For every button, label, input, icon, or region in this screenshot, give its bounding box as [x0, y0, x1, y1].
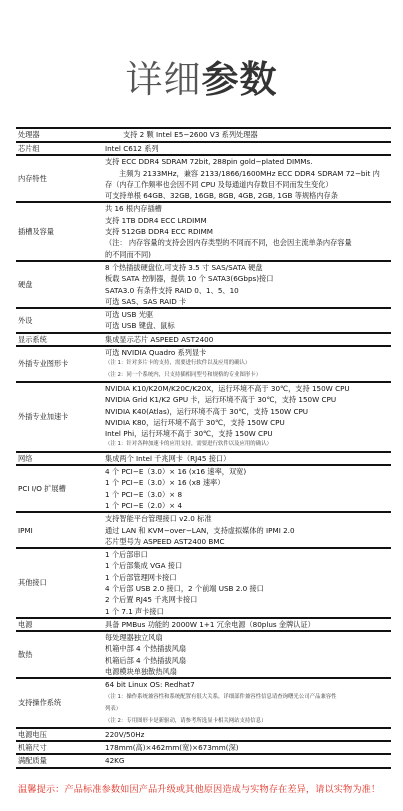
spec-label: 显示系统	[16, 333, 105, 346]
spec-value: 42KG	[105, 754, 391, 767]
spec-line: 1 个 PCI−E（3.0）× 8	[105, 489, 391, 500]
spec-row-graphics: 外插专业图形卡 可选 NVIDIA Quadro 系列显卡 （注 1：针对多片卡…	[16, 346, 391, 382]
spec-line: 支持 2 颗 Intel E5−2600 V3 系列处理器	[105, 129, 391, 140]
spec-note: 列表）	[105, 703, 391, 715]
spec-label: IPMI	[16, 512, 105, 548]
spec-row-accelerator: 外插专业加速卡 NVIDIA K10/K20M/K20C/K20X，运行环境不高…	[16, 382, 391, 452]
spec-label: 散热	[16, 631, 105, 678]
spec-row-memory: 内存特性 支持 ECC DDR4 SDRAM 72bit, 288pin gol…	[16, 155, 391, 202]
spec-line: 1 个 PCI−E（2.0）× 4	[105, 500, 391, 511]
spec-label: 支持操作系统	[16, 678, 105, 727]
spec-label: 电源	[16, 618, 105, 631]
spec-line: Intel Phi，运行环境不高于 30℃，支持 150W CPU	[105, 428, 391, 439]
spec-label: 满配质量	[16, 754, 105, 767]
spec-line: 机箱中部 4 个热插拔风扇	[105, 643, 391, 654]
spec-line: 178mm(高)×462mm(宽)×673mm(深)	[105, 742, 391, 753]
spec-row-voltage: 电源电压 220V/50Hz	[16, 728, 391, 741]
spec-label: 处理器	[16, 128, 105, 142]
spec-line: NVIDIA K10/K20M/K20C/K20X，运行环境不高于 30℃，支持…	[105, 383, 391, 394]
spec-row-peripherals: 外设 可选 USB 光驱 可选 USB 键盘、鼠标	[16, 308, 391, 333]
spec-table: 处理器 支持 2 颗 Intel E5−2600 V3 系列处理器 芯片组 In…	[16, 127, 391, 769]
spec-label: 电源电压	[16, 728, 105, 741]
spec-row-power: 电源 具备 PMBus 功能的 2000W 1+1 冗余电源（80plus 金牌…	[16, 618, 391, 631]
spec-line: 4 个后部 USB 2.0 接口，2 个前端 USB 2.0 接口	[105, 583, 391, 594]
spec-line: 可支持单根 64GB、32GB, 16GB, 8GB, 4GB, 2GB, 1G…	[105, 190, 391, 201]
title-bold: 参数	[202, 58, 278, 101]
spec-line: 主频为 2133MHz，兼容 2133/1866/1600MHz ECC DDR…	[105, 168, 391, 179]
spec-value: 每处理器独立风扇 机箱中部 4 个热插拔风扇 机箱后部 4 个热插拔风扇 电源模…	[105, 631, 391, 678]
spec-label: 其他接口	[16, 548, 105, 618]
spec-line: Intel C612 系列	[105, 143, 391, 154]
spec-value: 具备 PMBus 功能的 2000W 1+1 冗余电源（80plus 金牌认证）	[105, 618, 391, 631]
spec-line: 64 bit Linux OS: Redhat7	[105, 679, 391, 690]
spec-label: 插槽及容量	[16, 202, 105, 260]
spec-row-chipset: 芯片组 Intel C612 系列	[16, 142, 391, 155]
spec-row-network: 网络 集成两个 Intel 千兆网卡（RJ45 接口）	[16, 452, 391, 465]
title-light: 详细	[126, 58, 202, 101]
spec-value: 支持智能平台管理接口 v2.0 标准 通过 LAN 和 KVM−over−LAN…	[105, 512, 391, 548]
spec-line: 芯片型号为 ASPEED AST2400 BMC	[105, 536, 391, 547]
spec-line: 2 个后置 RJ45 千兆网卡接口	[105, 594, 391, 605]
spec-label: 硬盘	[16, 261, 105, 308]
spec-line: 支持 512GB DDR4 ECC RDIMM	[105, 226, 391, 237]
spec-value: 8 个热插拔硬盘位,可支持 3.5 寸 SAS/SATA 硬盘 板载 SATA …	[105, 261, 391, 308]
spec-line: 42KG	[105, 755, 391, 766]
spec-row-display: 显示系统 集成显示芯片 ASPEED AST2400	[16, 333, 391, 346]
spec-line: 4 个 PCI−E（3.0）× 16 (x16 速率，双宽)	[105, 466, 391, 477]
spec-row-chassis: 机箱尺寸 178mm(高)×462mm(宽)×673mm(深)	[16, 741, 391, 754]
spec-row-disk: 硬盘 8 个热插拔硬盘位,可支持 3.5 寸 SAS/SATA 硬盘 板载 SA…	[16, 261, 391, 308]
spec-value: 支持 ECC DDR4 SDRAM 72bit, 288pin gold−pla…	[105, 155, 391, 202]
spec-note: （注 2：同一个系统内，只支持插相同型号和规格的专业图形卡）	[105, 370, 391, 381]
notice-text: 温馨提示：产品标准参数如因产品升级或其他原因造成与实物存在差异，请以实物为准！	[18, 781, 380, 795]
spec-line: 8 个热插拔硬盘位,可支持 3.5 寸 SAS/SATA 硬盘	[105, 262, 391, 273]
spec-value: 可选 USB 光驱 可选 USB 键盘、鼠标	[105, 308, 391, 333]
spec-line: （注： 内存容量的支持会因内存类型的不同而不同，也会因主流单条内存容量	[105, 237, 391, 248]
spec-line: 存（内存工作频率也会因不同 CPU 及每通道内存数目不同而发生变化）	[105, 179, 391, 190]
spec-value: Intel C612 系列	[105, 142, 391, 155]
spec-line: 可选 USB 光驱	[105, 309, 391, 320]
spec-note: （注 2：专用图形卡是新驱动，请参考所选显卡相关网站支持信息）	[105, 715, 391, 727]
spec-line: 1 个 7.1 声卡接口	[105, 606, 391, 617]
spec-line: 1 个后部串口	[105, 549, 391, 560]
spec-value: 1 个后部串口 1 个后部集成 VGA 接口 1 个后部管理网卡接口 4 个后部…	[105, 548, 391, 618]
spec-line: 电源模块单独散热风扇	[105, 666, 391, 677]
spec-value: 集成两个 Intel 千兆网卡（RJ45 接口）	[105, 452, 391, 465]
spec-line: 通过 LAN 和 KVM−over−LAN，支持虚拟媒体的 IPMI 2.0	[105, 525, 391, 536]
spec-label: 机箱尺寸	[16, 741, 105, 754]
spec-line: 集成两个 Intel 千兆网卡（RJ45 接口）	[105, 453, 391, 464]
spec-line: 板载 SATA 控制器，提供 10 个 SATA3(6Gbps)接口	[105, 273, 391, 284]
spec-label: 内存特性	[16, 155, 105, 202]
spec-row-weight: 满配质量 42KG	[16, 754, 391, 767]
spec-value: 共 16 根内存插槽 支持 1TB DDR4 ECC LRDIMM 支持 512…	[105, 202, 391, 260]
spec-line: 具备 PMBus 功能的 2000W 1+1 冗余电源（80plus 金牌认证）	[105, 619, 391, 630]
spec-value: 178mm(高)×462mm(宽)×673mm(深)	[105, 741, 391, 754]
spec-line: 1 个后部管理网卡接口	[105, 572, 391, 583]
spec-note: （注 1：针对多片卡的支持，需要进行软件以及应用的确认）	[105, 358, 391, 369]
spec-note: （注 1：针对各种加速卡的应用支持，需要进行软件以及应用的确认）	[105, 439, 391, 450]
spec-label: PCI I/O 扩展槽	[16, 465, 105, 512]
spec-row-cooling: 散热 每处理器独立风扇 机箱中部 4 个热插拔风扇 机箱后部 4 个热插拔风扇 …	[16, 631, 391, 678]
spec-row-processor: 处理器 支持 2 颗 Intel E5−2600 V3 系列处理器	[16, 128, 391, 142]
spec-line: 可选 USB 键盘、鼠标	[105, 320, 391, 331]
spec-line: 1 个 PCI−E（3.0）× 16 (x8 速率）	[105, 477, 391, 488]
spec-value: 集成显示芯片 ASPEED AST2400	[105, 333, 391, 346]
spec-line: 支持 ECC DDR4 SDRAM 72bit, 288pin gold−pla…	[105, 156, 391, 167]
spec-line: NVIDIA K40(Atlas)，运行环境不高于 30℃，支持 150W CP…	[105, 406, 391, 417]
spec-value: 支持 2 颗 Intel E5−2600 V3 系列处理器	[105, 128, 391, 142]
spec-line: 共 16 根内存插槽	[105, 203, 391, 214]
spec-line: 可选 SAS、SAS RAID 卡	[105, 296, 391, 307]
spec-value: NVIDIA K10/K20M/K20C/K20X，运行环境不高于 30℃，支持…	[105, 382, 391, 452]
spec-value: 可选 NVIDIA Quadro 系列显卡 （注 1：针对多片卡的支持，需要进行…	[105, 346, 391, 382]
spec-line: 每处理器独立风扇	[105, 632, 391, 643]
spec-label: 芯片组	[16, 142, 105, 155]
spec-label: 网络	[16, 452, 105, 465]
spec-line: 220V/50Hz	[105, 729, 391, 740]
spec-line: NVIDIA Grid K1/K2 GPU 卡，运行环境不高于 30℃，支持 1…	[105, 394, 391, 405]
spec-line: 的不同而不同)	[105, 249, 391, 260]
spec-row-pci: PCI I/O 扩展槽 4 个 PCI−E（3.0）× 16 (x16 速率，双…	[16, 465, 391, 512]
spec-row-ports: 其他接口 1 个后部串口 1 个后部集成 VGA 接口 1 个后部管理网卡接口 …	[16, 548, 391, 618]
spec-row-ipmi: IPMI 支持智能平台管理接口 v2.0 标准 通过 LAN 和 KVM−ove…	[16, 512, 391, 548]
spec-row-os: 支持操作系统 64 bit Linux OS: Redhat7 （注 1：操作系…	[16, 678, 391, 727]
spec-line: NVIDIA K80，运行环境不高于 30℃，支持 150W CPU	[105, 417, 391, 428]
spec-value: 220V/50Hz	[105, 728, 391, 741]
page-title: 详细参数	[0, 58, 403, 102]
spec-line: SATA3.0 有条件支持 RAID 0、1、5、10	[105, 285, 391, 296]
spec-label: 外插专业图形卡	[16, 346, 105, 382]
spec-value: 4 个 PCI−E（3.0）× 16 (x16 速率，双宽) 1 个 PCI−E…	[105, 465, 391, 512]
spec-line: 支持 1TB DDR4 ECC LRDIMM	[105, 215, 391, 226]
spec-row-slots: 插槽及容量 共 16 根内存插槽 支持 1TB DDR4 ECC LRDIMM …	[16, 202, 391, 260]
spec-line: 支持智能平台管理接口 v2.0 标准	[105, 513, 391, 524]
spec-label: 外插专业加速卡	[16, 382, 105, 452]
spec-note: （注 1：操作系统兼容性和系统配置有很大关系，详细部件兼容性信息请查询曙光公司产…	[105, 691, 391, 703]
spec-line: 可选 NVIDIA Quadro 系列显卡	[105, 347, 391, 358]
spec-label: 外设	[16, 308, 105, 333]
spec-line: 1 个后部集成 VGA 接口	[105, 560, 391, 571]
spec-value: 64 bit Linux OS: Redhat7 （注 1：操作系统兼容性和系统…	[105, 678, 391, 727]
spec-line: 机箱后部 4 个热插拔风扇	[105, 655, 391, 666]
spec-line: 集成显示芯片 ASPEED AST2400	[105, 334, 391, 345]
